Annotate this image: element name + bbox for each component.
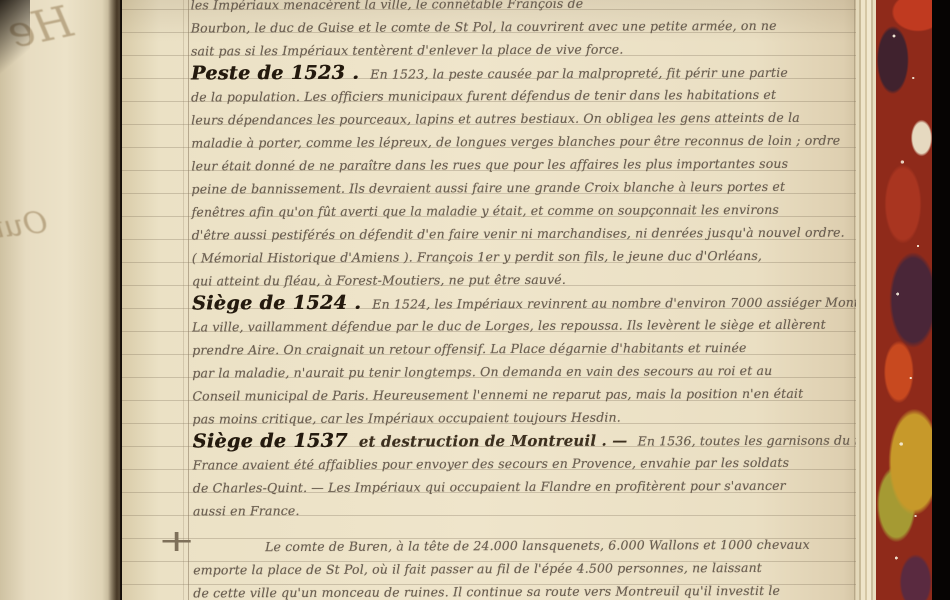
line-text: les Impériaux menacèrent la ville, le co… — [191, 0, 584, 12]
line-text: Conseil municipal de Paris. Heureusement… — [192, 386, 803, 404]
manuscript-line: sait pas si les Impériaux tentèrent d'en… — [191, 37, 851, 63]
manuscript-line: Bourbon, le duc de Guise et le comte de … — [191, 14, 851, 40]
section-heading: Siège de 1537 — [193, 430, 348, 453]
line-text: France avaient été affaiblies pour envoy… — [193, 455, 789, 473]
line-text: Le comte de Buren, à la tête de 24.000 l… — [265, 537, 810, 554]
manuscript-line: d'être aussi pestiférés on défendit d'en… — [192, 221, 852, 247]
margin-rule-outer — [183, 0, 184, 600]
line-text: de la population. Les officiers municipa… — [191, 87, 776, 105]
line-text: maladie à porter, comme les lépreux, de … — [191, 133, 840, 151]
manuscript-line: qui atteint du fléau, à Forest-Moutiers,… — [192, 267, 852, 293]
manuscript-line: Le comte de Buren, à la tête de 24.000 l… — [193, 533, 853, 559]
line-text: fenêtres afin qu'on fût averti que la ma… — [192, 202, 779, 220]
manuscript-line: aussi en France. — [193, 497, 853, 523]
line-text: leur était donné de ne paraître dans les… — [191, 156, 788, 174]
section-heading: Peste de 1523 . — [191, 62, 359, 85]
line-text: pas moins critique, car les Impériaux oc… — [192, 410, 620, 427]
page-edges — [856, 0, 876, 600]
manuscript-line: maladie à porter, comme les lépreux, de … — [191, 129, 851, 155]
manuscript-line: de Charles-Quint. — Les Impériaux qui oc… — [193, 474, 853, 500]
background-strip — [932, 0, 950, 600]
bleedthrough-text-middle: Oui — [0, 205, 49, 245]
section-heading: Siège de 1524 . — [192, 292, 361, 315]
line-text: de cette ville qu'un monceau de ruines. … — [193, 583, 780, 600]
line-text: par la maladie, n'aurait pu tenir longte… — [192, 363, 772, 381]
manuscript-line: pas moins critique, car les Impériaux oc… — [192, 405, 852, 431]
manuscript-line: ( Mémorial Historique d'Amiens ). Franço… — [192, 244, 852, 270]
manuscript-line: prendre Aire. On craignait un retour off… — [192, 336, 852, 362]
line-text: de Charles-Quint. — Les Impériaux qui oc… — [193, 478, 786, 496]
line-text: prendre Aire. On craignait un retour off… — [192, 340, 746, 357]
manuscript-line: de la population. Les officiers municipa… — [191, 83, 851, 109]
manuscript-line: La ville, vaillamment défendue par le du… — [192, 313, 852, 339]
marble-speckles — [876, 0, 936, 600]
left-page: He Oui — [0, 0, 120, 600]
line-text: ( Mémorial Historique d'Amiens ). Franço… — [192, 248, 762, 265]
manuscript-line: Siège de 1524 . En 1524, les Impériaux r… — [192, 290, 852, 316]
line-text: En 1524, les Impériaux revinrent au nomb… — [372, 294, 893, 311]
section-subheading: et destruction de Montreuil . — — [359, 432, 628, 451]
manuscript-text: les Impériaux menacèrent la ville, le co… — [191, 0, 854, 600]
manuscript-line: Conseil municipal de Paris. Heureusement… — [192, 382, 852, 408]
manuscript-line: leurs dépendances les pourceaux, lapins … — [191, 106, 851, 132]
photo-shadow-corner — [0, 0, 30, 90]
manuscript-line: peine de bannissement. Ils devraient aus… — [191, 175, 851, 201]
manuscript-line: Peste de 1523 . En 1523, la peste causée… — [191, 60, 851, 86]
line-text: d'être aussi pestiférés on défendit d'en… — [192, 225, 845, 243]
line-text: peine de bannissement. Ils devraient aus… — [191, 179, 785, 197]
line-text: Bourbon, le duc de Guise et le comte de … — [191, 18, 777, 36]
manuscript-page: + les Impériaux menacèrent la ville, le … — [122, 0, 858, 600]
line-text: aussi en France. — [193, 503, 300, 518]
line-text: emporte la place de St Pol, où il fait p… — [193, 560, 762, 577]
photo-frame: He Oui + les Impériaux menacèrent la vil… — [0, 0, 950, 600]
manuscript-line: emporte la place de St Pol, où il fait p… — [193, 556, 853, 582]
line-text: leurs dépendances les pourceaux, lapins … — [191, 110, 800, 128]
line-text: sait pas si les Impériaux tentèrent d'en… — [191, 42, 624, 59]
manuscript-line: France avaient été affaiblies pour envoy… — [193, 451, 853, 477]
manuscript-line: de cette ville qu'un monceau de ruines. … — [193, 579, 853, 600]
marbled-cover-edge — [876, 0, 936, 600]
manuscript-line: leur était donné de ne paraître dans les… — [191, 152, 851, 178]
manuscript-line: Siège de 1537 et destruction de Montreui… — [193, 428, 853, 454]
manuscript-line: par la maladie, n'aurait pu tenir longte… — [192, 359, 852, 385]
line-text: qui atteint du fléau, à Forest-Moutiers,… — [192, 272, 566, 289]
margin-cross-mark: + — [158, 524, 196, 559]
line-text: En 1523, la peste causée par la malpropr… — [370, 65, 788, 82]
line-text: La ville, vaillamment défendue par le du… — [192, 317, 826, 335]
manuscript-line: fenêtres afin qu'on fût averti que la ma… — [192, 198, 852, 224]
margin-rule — [188, 0, 189, 600]
